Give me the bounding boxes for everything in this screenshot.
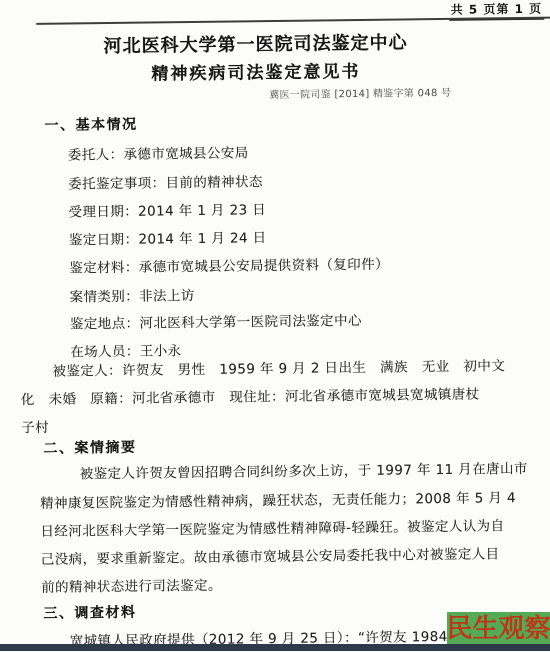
case-summary-line: 精神康复医院鉴定为情感性精神病，躁狂状态，无责任能力；2008 年 5 月 4 bbox=[40, 486, 516, 512]
case-summary-line: 己没病，要求重新鉴定。故由承德市宽城县公安局委托我中心对被鉴定人目 bbox=[41, 542, 500, 568]
case-summary-line: 被鉴定人许贺友曾因招聘合同纠纷多次上访，于 1997 年 11 月在唐山市 bbox=[80, 457, 528, 482]
subject-info-line: 被鉴定人：许贺友 男性 1959 年 9 月 2 日出生 满族 无业 初中文 bbox=[52, 354, 505, 380]
field-line-case-category: 案情类别：非法上访 bbox=[69, 284, 194, 306]
bottom-scan-bar bbox=[0, 644, 550, 651]
document-title: 河北医科大学第一医院司法鉴定中心 bbox=[0, 27, 510, 59]
case-summary-line: 前的精神状态进行司法鉴定。 bbox=[41, 574, 222, 596]
section-2-heading: 二、案情摘要 bbox=[43, 437, 136, 458]
field-line-entrusted-matter: 委托鉴定事项：目前的精神状态 bbox=[68, 170, 263, 192]
minsheng-guancha-watermark: 民生观察 bbox=[447, 612, 550, 646]
document-subtitle: 精神疾病司法鉴定意见书 bbox=[1, 55, 511, 86]
subject-info-line: 化 未婚 原籍：河北省承德市 现住址：河北省承德市宽城县宽城镇唐杖 bbox=[21, 383, 480, 409]
subject-info-line: 子村 bbox=[21, 416, 49, 436]
field-line-appraisal-location: 鉴定地点：河北医科大学第一医院司法鉴定中心 bbox=[70, 309, 362, 333]
section-1-heading: 一、基本情况 bbox=[44, 114, 137, 135]
field-line-persons-present: 在场人员：王小永 bbox=[70, 339, 181, 360]
field-line-appraisal-date: 鉴定日期：2014 年 1 月 24 日 bbox=[69, 226, 267, 248]
document-content: 共 5 页第 1 页 河北医科大学第一医院司法鉴定中心 精神疾病司法鉴定意见书 … bbox=[0, 0, 550, 652]
field-line-entrusting-party: 委托人：承德市宽城县公安局 bbox=[68, 141, 249, 163]
field-line-appraisal-materials: 鉴定材料：承德市宽城县公安局提供资料（复印件） bbox=[69, 253, 389, 277]
watermark-text: 民生观察 bbox=[447, 612, 550, 646]
case-summary-line: 日经河北医科大学第一医院鉴定为情感性精神障碍-轻躁狂。被鉴定人认为自 bbox=[40, 514, 504, 540]
section-3-heading: 三、调查材料 bbox=[43, 602, 136, 623]
header-rule bbox=[36, 17, 550, 25]
document-reference-number: 冀医一院司鉴 [2014] 精鉴字第 048 号 bbox=[269, 84, 451, 101]
field-line-acceptance-date: 受理日期：2014 年 1 月 23 日 bbox=[68, 198, 266, 220]
scanned-document-page: 共 5 页第 1 页 河北医科大学第一医院司法鉴定中心 精神疾病司法鉴定意见书 … bbox=[0, 0, 550, 652]
